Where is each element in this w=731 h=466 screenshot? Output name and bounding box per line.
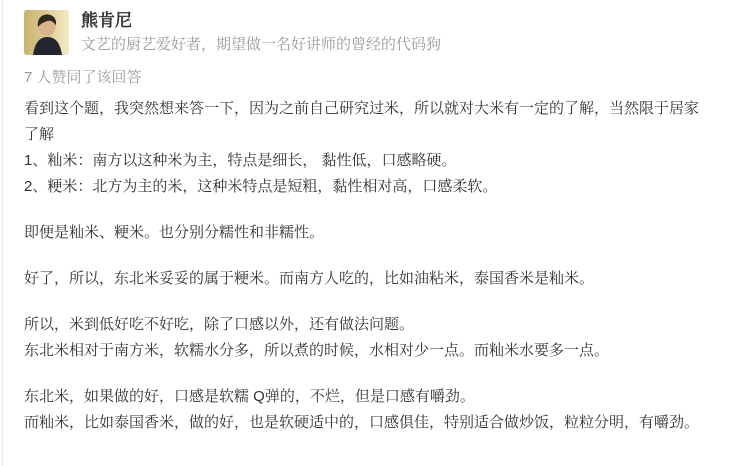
answer-paragraph-1: 看到这个题，我突然想来答一下，因为之前自己研究过米，所以就对大米有一定的了解，当… [24, 96, 711, 200]
answer-content: 看到这个题，我突然想来答一下，因为之前自己研究过米，所以就对大米有一定的了解，当… [24, 96, 711, 436]
answer-paragraph-5: 东北米，如果做的好，口感是软糯 Q弹的，不烂，但是口感有嚼劲。 而籼米，比如泰国… [24, 384, 711, 436]
author-header: 熊肯尼 文艺的厨艺爱好者，期望做一名好讲师的曾经的代码狗 [24, 10, 711, 55]
avatar-photo-icon [24, 10, 69, 55]
author-bio: 文艺的厨艺爱好者，期望做一名好讲师的曾经的代码狗 [81, 36, 441, 54]
answer-paragraph-3: 好了，所以，东北米妥妥的属于粳米。而南方人吃的，比如油粘米，泰国香米是籼米。 [24, 266, 711, 292]
answer-paragraph-2: 即便是籼米、粳米。也分别分糯性和非糯性。 [24, 220, 711, 246]
upvote-count: 7 人赞同了该回答 [24, 69, 711, 87]
author-name[interactable]: 熊肯尼 [81, 11, 441, 31]
author-info: 熊肯尼 文艺的厨艺爱好者，期望做一名好讲师的曾经的代码狗 [81, 10, 441, 54]
avatar[interactable] [24, 10, 69, 55]
answer-paragraph-4: 所以，米到低好吃不好吃，除了口感以外，还有做法问题。 东北米相对于南方米，软糯水… [24, 312, 711, 364]
answer-card: 熊肯尼 文艺的厨艺爱好者，期望做一名好讲师的曾经的代码狗 7 人赞同了该回答 看… [2, 0, 731, 466]
